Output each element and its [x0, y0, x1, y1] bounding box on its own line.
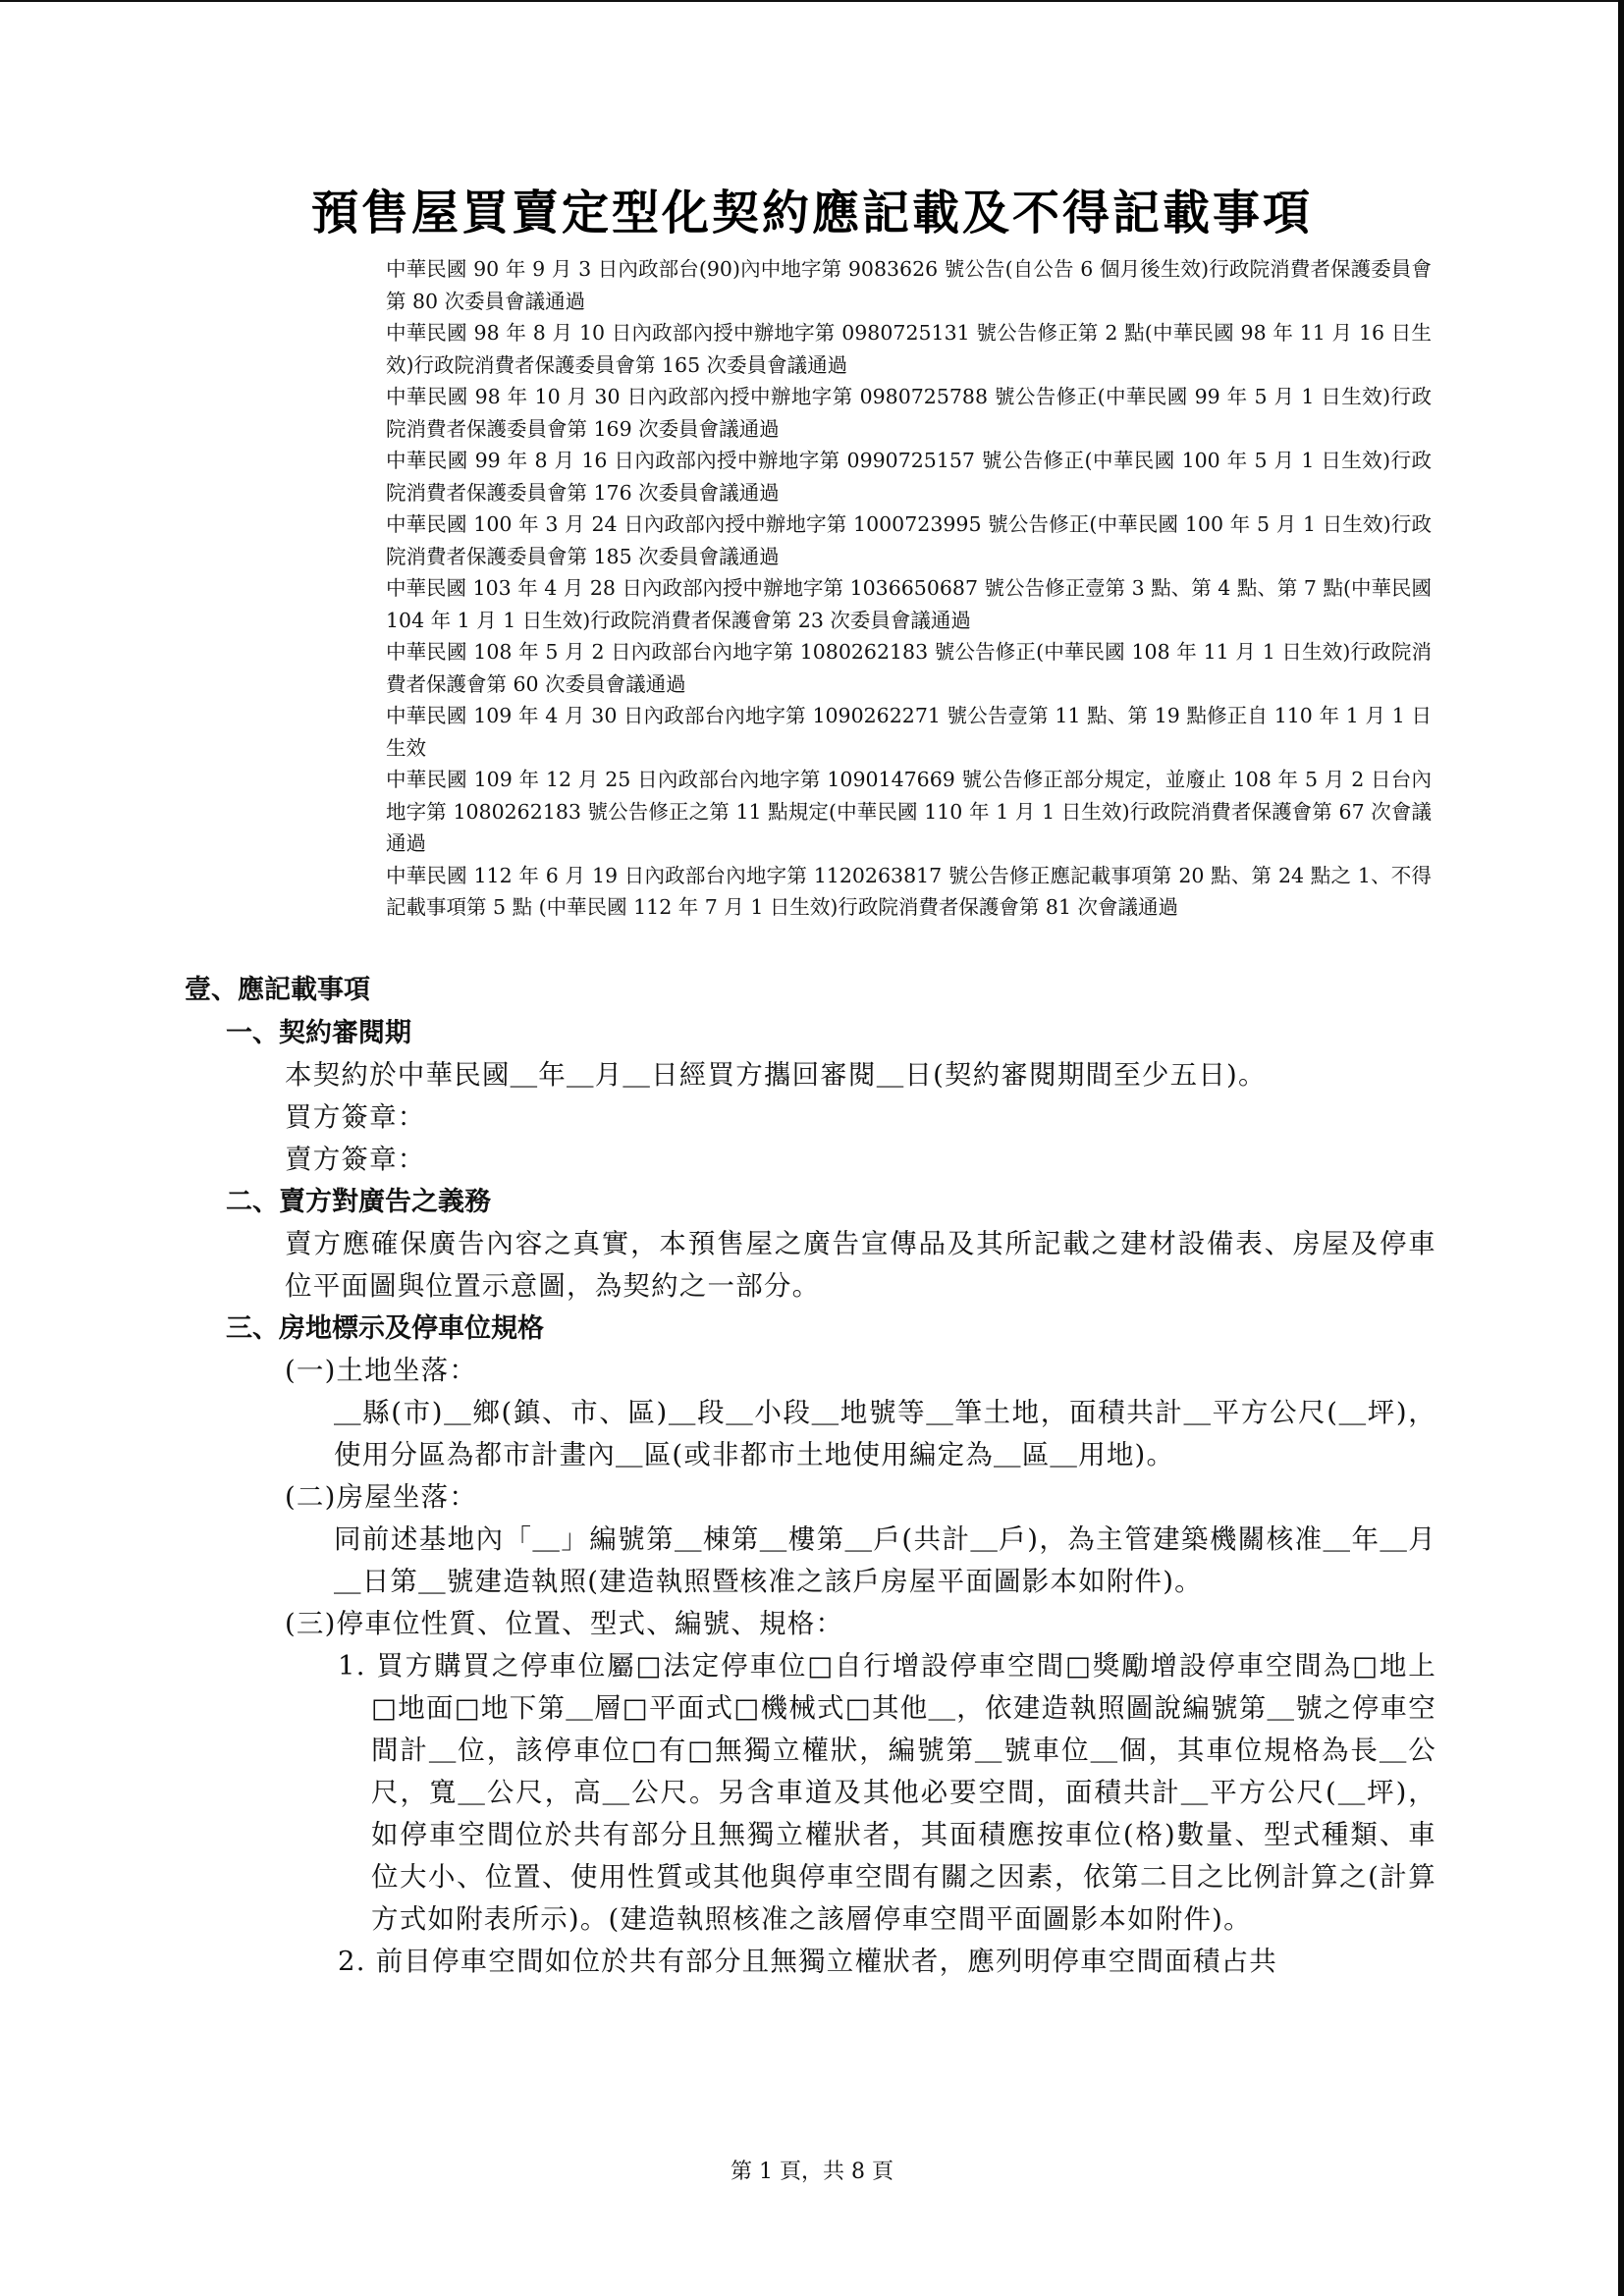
parking-item-2: 2. 前目停車空間如位於共有部分且無獨立權狀者，應列明停車空間面積占共: [338, 1941, 1436, 1983]
buyer-signature-line: 買方簽章：: [285, 1096, 1436, 1139]
amendment-history: 中華民國 90 年 9 月 3 日內政部台(90)內中地字第 9083626 號…: [386, 253, 1432, 924]
section-heading: 壹、應記載事項: [185, 969, 1436, 1012]
history-entry: 中華民國 98 年 8 月 10 日內政部內授中辦地字第 0980725131 …: [386, 317, 1432, 381]
document-body: 壹、應記載事項 一、契約審閱期 本契約於中華民國＿年＿月＿日經買方攜回審閱＿日(…: [185, 969, 1436, 1983]
history-entry: 中華民國 98 年 10 月 30 日內政部內授中辦地字第 0980725788…: [386, 381, 1432, 445]
advertising-text: 賣方應確保廣告內容之真實，本預售屋之廣告宣傳品及其所記載之建材設備表、房屋及停車…: [285, 1223, 1436, 1308]
history-entry: 中華民國 90 年 9 月 3 日內政部台(90)內中地字第 9083626 號…: [386, 253, 1432, 317]
parking-heading: (三)停車位性質、位置、型式、編號、規格：: [285, 1603, 1436, 1645]
item-heading-review-period: 一、契約審閱期: [226, 1012, 1436, 1054]
history-entry: 中華民國 109 年 12 月 25 日內政部台內地字第 1090147669 …: [386, 764, 1432, 860]
history-entry: 中華民國 108 年 5 月 2 日內政部台內地字第 1080262183 號公…: [386, 636, 1432, 700]
history-entry: 中華民國 112 年 6 月 19 日內政部台內地字第 1120263817 號…: [386, 860, 1432, 924]
history-entry: 中華民國 99 年 8 月 16 日內政部內授中辦地字第 0990725157 …: [386, 445, 1432, 508]
seller-signature-line: 賣方簽章：: [285, 1139, 1436, 1181]
scan-edge-top: [0, 0, 1624, 2]
house-location-heading: (二)房屋坐落：: [285, 1476, 1436, 1519]
land-location-heading: (一)土地坐落：: [285, 1350, 1436, 1392]
house-location-text: 同前述基地內「＿」編號第＿棟第＿樓第＿戶(共計＿戶)，為主管建築機關核准＿年＿月…: [334, 1519, 1436, 1603]
parking-item-1: 1. 買方購買之停車位屬□法定停車位□自行增設停車空間□獎勵增設停車空間為□地上…: [338, 1645, 1436, 1941]
scan-edge-right: [1618, 0, 1624, 2296]
review-period-text: 本契約於中華民國＿年＿月＿日經買方攜回審閱＿日(契約審閱期間至少五日)。: [285, 1054, 1436, 1096]
history-entry: 中華民國 103 年 4 月 28 日內政部內授中辦地字第 1036650687…: [386, 572, 1432, 636]
document-title: 預售屋買賣定型化契約應記載及不得記載事項: [0, 175, 1624, 242]
land-location-text: ＿縣(市)＿鄉(鎮、市、區)＿段＿小段＿地號等＿筆土地，面積共計＿平方公尺(＿坪…: [334, 1392, 1436, 1476]
page-number: 第 1 頁，共 8 頁: [0, 2155, 1624, 2185]
history-entry: 中華民國 100 年 3 月 24 日內政部內授中辦地字第 1000723995…: [386, 508, 1432, 572]
item-heading-advertising: 二、賣方對廣告之義務: [226, 1181, 1436, 1223]
history-entry: 中華民國 109 年 4 月 30 日內政部台內地字第 1090262271 號…: [386, 700, 1432, 764]
item-heading-property-spec: 三、房地標示及停車位規格: [226, 1308, 1436, 1350]
